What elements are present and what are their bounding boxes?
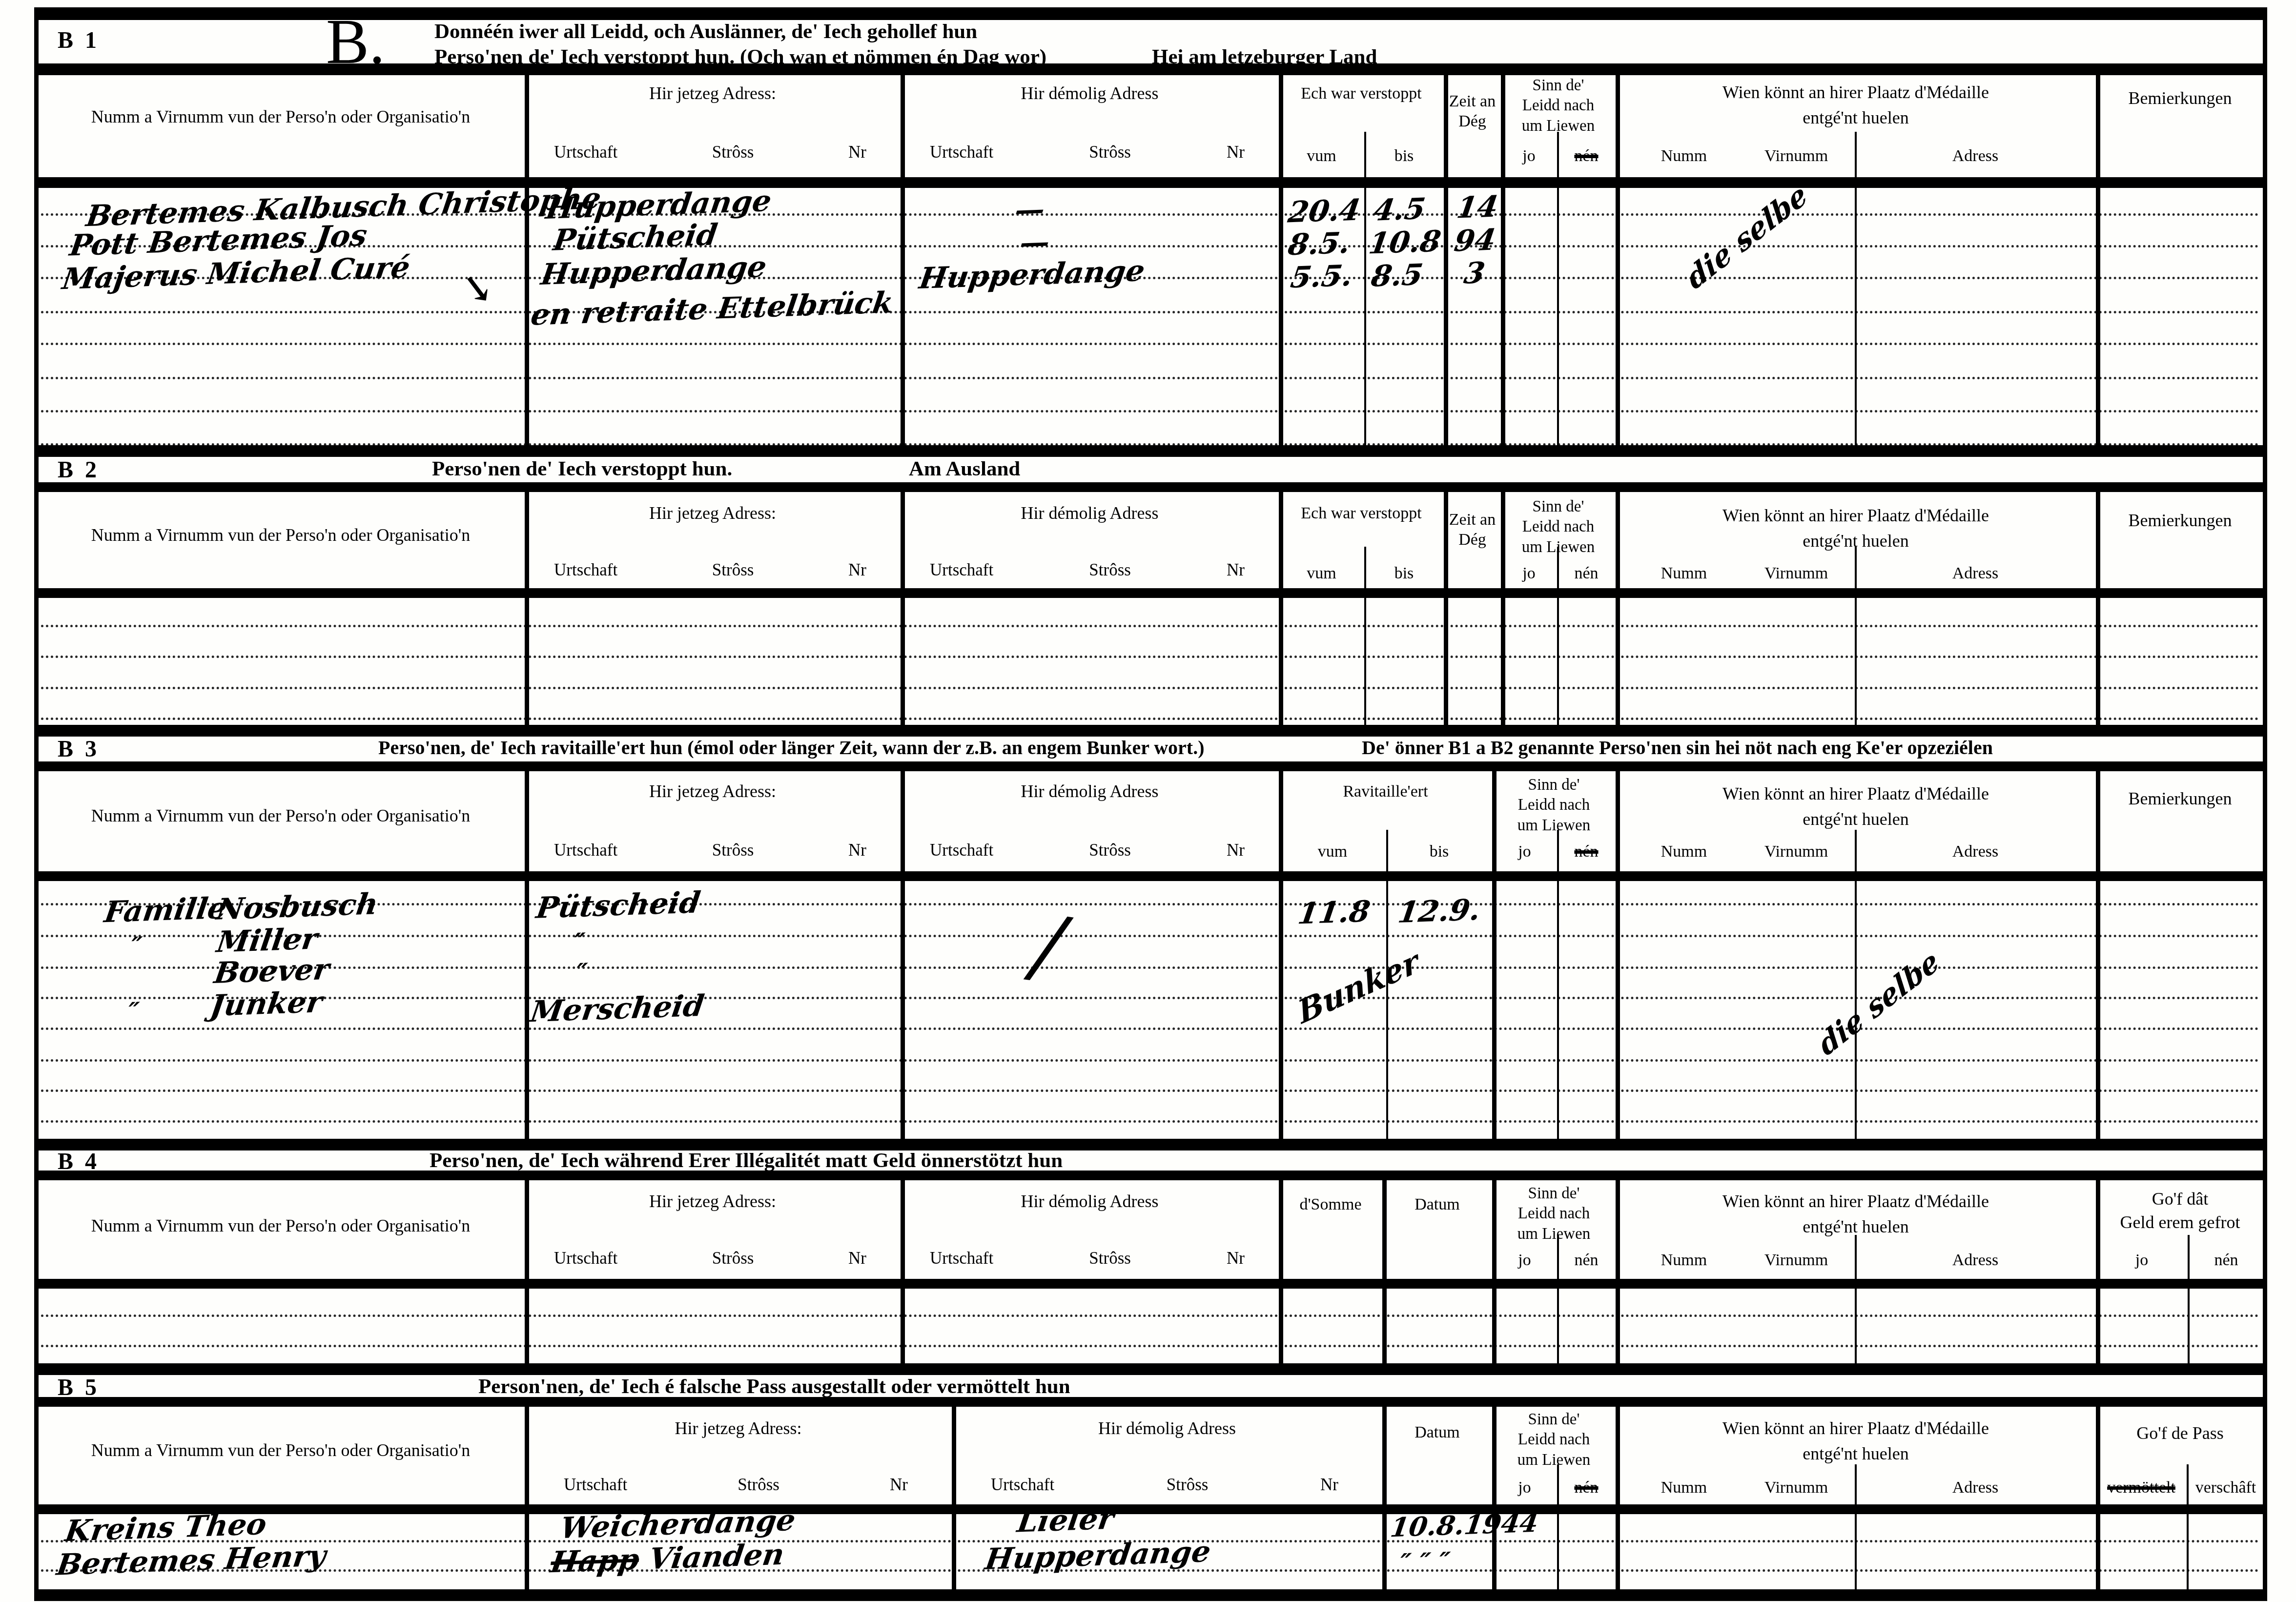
b3-row1-prefix: Famille xyxy=(102,891,229,930)
b1-col-divider xyxy=(901,73,905,445)
numm-label: Numm xyxy=(1625,1478,1742,1498)
b2-col-demolig: Hir démolig Adress xyxy=(901,503,1279,524)
virnumm-label: Virnumm xyxy=(1738,842,1855,862)
nen-label-struck: nén xyxy=(1557,842,1616,862)
nen-label: nén xyxy=(2188,1251,2265,1271)
b3-row3-jetzeg: ″ xyxy=(574,958,589,987)
dotted-rule xyxy=(41,1089,2260,1092)
section-b2-label: B 2 xyxy=(58,456,100,483)
b5-col-wien2: entgé'nt huelen xyxy=(1616,1443,2096,1464)
dotted-rule xyxy=(41,1120,2260,1123)
numm-label: Numm xyxy=(1625,564,1742,584)
b1-col-divider xyxy=(2096,73,2100,445)
adress-label: Adress xyxy=(1855,146,2096,166)
stross-label: Strôss xyxy=(712,560,754,580)
b4-col-demolig: Hir démolig Adress xyxy=(901,1191,1279,1212)
b5-col-wien1: Wien könnt an hirer Plaatz d'Médaille xyxy=(1616,1418,2096,1439)
b3-header-underline xyxy=(34,871,2267,881)
b3-col-divider xyxy=(2096,771,2100,1139)
scanned-form-sheet: B 1 B. Donnéén iwer all Leidd, och Auslä… xyxy=(0,0,2296,1602)
b1-title-underline xyxy=(34,63,2267,75)
urtschaft-label: Urtschaft xyxy=(564,1475,627,1495)
bis-label: bis xyxy=(1386,842,1492,862)
b1-col-bem: Bemierkungen xyxy=(2096,88,2264,109)
b2-title-underline xyxy=(34,482,2267,492)
adress-label: Adress xyxy=(1855,1251,2096,1271)
b2-col-demolig-sub: Urtschaft Strôss Nr xyxy=(901,560,1279,580)
nr-label: Nr xyxy=(1227,560,1245,580)
stross-label: Strôss xyxy=(738,1475,779,1495)
b3-col-demolig-sub: Urtschaft Strôss Nr xyxy=(901,841,1279,860)
b1-row2-jetzeg: Pütscheid xyxy=(551,218,719,258)
jo-label: jo xyxy=(1492,1478,1557,1498)
b5-title: Person'nen, de' Iech é falsche Pass ausg… xyxy=(478,1375,1070,1398)
sinn-line2: Leidd nach xyxy=(1501,517,1616,537)
sinn-line3: um Liewen xyxy=(1501,116,1616,136)
nr-label: Nr xyxy=(848,143,866,162)
b4-col-jetzeg-sub: Urtschaft Strôss Nr xyxy=(525,1249,901,1268)
b1-col-verstoppt: Ech war verstoppt xyxy=(1279,84,1444,104)
b3-col-ravit: Ravitaille'ert xyxy=(1279,782,1492,802)
b3-col-divider xyxy=(1279,771,1283,1139)
vum-label: vum xyxy=(1279,842,1386,862)
jo-label: jo xyxy=(1492,1251,1557,1271)
b1-row1-deg: 14 xyxy=(1455,190,1500,226)
b1-col-demolig-sub: Urtschaft Strôss Nr xyxy=(901,143,1279,162)
b1-col-wien1: Wien könnt an hirer Plaatz d'Médaille xyxy=(1616,82,2096,103)
b1-row3-jetzeg: Hupperdange xyxy=(539,250,769,292)
b3-row4-name: Junker xyxy=(208,985,324,1023)
b1-row3-demolig: Hupperdange xyxy=(917,254,1147,296)
urtschaft-label: Urtschaft xyxy=(930,841,993,860)
nr-label: Nr xyxy=(890,1475,908,1495)
b2-col-zeit: Zeit an Dég xyxy=(1444,510,1501,550)
b4-col-jetzeg: Hir jetzeg Adress: xyxy=(525,1191,901,1212)
b2-col-jetzeg: Hir jetzeg Adress: xyxy=(525,503,901,524)
adress-label: Adress xyxy=(1855,564,2096,584)
b3-bunker-note: Bunker xyxy=(1294,943,1422,1031)
b2-header-underline xyxy=(34,588,2267,598)
b4-col-datum: Datum xyxy=(1382,1195,1492,1215)
stross-label: Strôss xyxy=(1167,1475,1209,1495)
b1-row2-deg: 94 xyxy=(1452,223,1498,259)
dotted-rule xyxy=(41,1059,2260,1062)
stross-label: Strôss xyxy=(712,841,754,860)
b3-col-divider xyxy=(525,771,529,1139)
b2-col-wien1: Wien könnt an hirer Plaatz d'Médaille xyxy=(1616,505,2096,526)
b4-header-underline xyxy=(34,1279,2267,1289)
b3-vum: 11.8 xyxy=(1296,894,1373,931)
sinn-line2: Leidd nach xyxy=(1492,795,1616,815)
b1-row2-demolig: — xyxy=(1018,225,1052,260)
b5-row2-jetzeg-place: Vianden xyxy=(647,1538,786,1577)
sinn-line3: um Liewen xyxy=(1501,537,1616,557)
urtschaft-label: Urtschaft xyxy=(554,841,617,860)
b3-col-sinn: Sinn de' Leidd nach um Liewen xyxy=(1492,775,1616,836)
frame-bottom xyxy=(34,1589,2267,1601)
b2-col-sinn: Sinn de' Leidd nach um Liewen xyxy=(1501,497,1616,557)
nr-label: Nr xyxy=(1320,1475,1338,1495)
b5-col-name: Numm a Virnumm vun der Perso'n oder Orga… xyxy=(37,1440,525,1461)
adress-label: Adress xyxy=(1855,1478,2096,1498)
b3-demolig-slash: / xyxy=(1028,897,1069,996)
vum-label: vum xyxy=(1279,146,1364,166)
b2-col-divider xyxy=(1616,492,1620,725)
b3-col-jetzeg: Hir jetzeg Adress: xyxy=(525,781,901,802)
b3-col-wien1: Wien könnt an hirer Plaatz d'Médaille xyxy=(1616,783,2096,804)
virnumm-label: Virnumm xyxy=(1738,1478,1855,1498)
nen-label-struck: nén xyxy=(1557,1478,1616,1498)
b2-col-verstoppt: Ech war verstoppt xyxy=(1279,504,1444,524)
urtschaft-label: Urtschaft xyxy=(554,143,617,162)
nr-label: Nr xyxy=(1227,841,1245,860)
section-b3-label: B 3 xyxy=(58,736,100,762)
sinn-line1: Sinn de' xyxy=(1501,497,1616,517)
b1-row3-jetzeg-note: en retraite Ettelbrück xyxy=(529,286,896,332)
urtschaft-label: Urtschaft xyxy=(930,560,993,580)
b1-row1-bis: 4.5 xyxy=(1372,192,1428,228)
urtschaft-label: Urtschaft xyxy=(554,560,617,580)
sinn-line1: Sinn de' xyxy=(1492,1184,1616,1204)
b4-col-name: Numm a Virnumm vun der Perso'n oder Orga… xyxy=(37,1215,525,1236)
dotted-rule xyxy=(41,311,2260,313)
b4-col-wien2: entgé'nt huelen xyxy=(1616,1216,2096,1237)
b3-col-name: Numm a Virnumm vun der Perso'n oder Orga… xyxy=(37,805,525,826)
b3-col-bem: Bemierkungen xyxy=(2096,788,2264,809)
b1-row3-vum: 5.5. xyxy=(1289,259,1355,295)
b2-col-name: Numm a Virnumm vun der Perso'n oder Orga… xyxy=(37,525,525,546)
stross-label: Strôss xyxy=(712,143,754,162)
dotted-rule xyxy=(41,687,2260,689)
jo-label: jo xyxy=(1492,842,1557,862)
b5-row1-demolig: Lieler xyxy=(1015,1502,1116,1540)
nr-label: Nr xyxy=(848,560,866,580)
b1-row2-vum: 8.5. xyxy=(1286,226,1353,262)
virnumm-label: Virnumm xyxy=(1738,146,1855,166)
b2-col-wien2: entgé'nt huelen xyxy=(1616,531,2096,552)
sinn-line1: Sinn de' xyxy=(1492,775,1616,795)
sinn-line1: Sinn de' xyxy=(1501,76,1616,96)
b3-row3-name: Boever xyxy=(212,952,331,990)
b3-col-wien2: entgé'nt huelen xyxy=(1616,809,2096,830)
b4-top-bar xyxy=(34,1139,2267,1150)
sinn-line3: um Liewen xyxy=(1492,816,1616,836)
b4-col-wien1: Wien könnt an hirer Plaatz d'Médaille xyxy=(1616,1191,2096,1212)
b1-row3-bis: 8.5 xyxy=(1369,258,1425,294)
b5-col-jetzeg-sub: Urtschaft Strôss Nr xyxy=(525,1475,952,1495)
b2-col-divider xyxy=(1279,492,1283,725)
sinn-line2: Leidd nach xyxy=(1501,96,1616,116)
stross-label: Strôss xyxy=(1089,1249,1131,1268)
numm-label: Numm xyxy=(1625,1251,1742,1271)
dotted-rule xyxy=(41,245,2260,247)
b2-title: Perso'nen de' Iech verstoppt hun. xyxy=(432,457,732,481)
b5-col-demolig-sub: Urtschaft Strôss Nr xyxy=(952,1475,1382,1495)
b1-col-zeit: Zeit an Dég xyxy=(1444,92,1501,132)
stross-label: Strôss xyxy=(1089,841,1131,860)
adress-label: Adress xyxy=(1855,842,2096,862)
b1-row1-demolig: — xyxy=(1013,192,1047,227)
b3-row4-jetzeg: Merscheid xyxy=(528,989,706,1029)
b4-col-sinn: Sinn de' Leidd nach um Liewen xyxy=(1492,1184,1616,1244)
urtschaft-label: Urtschaft xyxy=(554,1249,617,1268)
vum-label: vum xyxy=(1279,564,1364,584)
nr-label: Nr xyxy=(848,841,866,860)
stross-label: Strôss xyxy=(1089,143,1131,162)
dotted-rule xyxy=(41,377,2260,379)
b4-col-demolig-sub: Urtschaft Strôss Nr xyxy=(901,1249,1279,1268)
urtschaft-label: Urtschaft xyxy=(930,143,993,162)
b5-col-gof: Go'f de Pass xyxy=(2096,1423,2264,1444)
bis-label: bis xyxy=(1364,564,1444,584)
b5-header-underline xyxy=(34,1504,2267,1514)
verschaft-label: verschâft xyxy=(2187,1478,2265,1498)
sinn-line1: Sinn de' xyxy=(1492,1410,1616,1430)
b1-row3-deg: 3 xyxy=(1462,256,1487,290)
urtschaft-label: Urtschaft xyxy=(930,1249,993,1268)
b1-title-line1: Donnéén iwer all Leidd, och Auslänner, d… xyxy=(434,20,977,43)
b3-row2-jetzeg: ″ xyxy=(572,927,587,957)
nr-label: Nr xyxy=(1227,143,1245,162)
b3-row1-name: Nosbusch xyxy=(214,887,380,926)
b2-title-right: Am Ausland xyxy=(909,457,1020,481)
b1-col-wien2: entgé'nt huelen xyxy=(1616,107,2096,128)
dotted-rule xyxy=(41,997,2260,999)
b5-row2-datum: ″ ″ ″ xyxy=(1398,1546,1452,1577)
b3-col-divider xyxy=(901,771,905,1139)
b5-title-underline xyxy=(34,1397,2267,1407)
b5-col-datum: Datum xyxy=(1382,1423,1492,1443)
virnumm-label: Virnumm xyxy=(1738,564,1855,584)
nr-label: Nr xyxy=(1227,1249,1245,1268)
dotted-rule xyxy=(41,1345,2260,1347)
b3-title: Perso'nen, de' Iech ravitaille'ert hun (… xyxy=(378,736,1204,759)
stross-label: Strôss xyxy=(1089,560,1131,580)
b5-row1-datum: 10.8.1944 xyxy=(1389,1507,1540,1543)
b3-row4-prefix: ″ xyxy=(126,997,141,1026)
sinn-line3: um Liewen xyxy=(1492,1450,1616,1470)
b1-col-divider xyxy=(1279,73,1283,445)
numm-label: Numm xyxy=(1625,146,1742,166)
b4-col-gof1: Go'f dât xyxy=(2096,1189,2264,1210)
b1-col-divider xyxy=(1616,73,1620,445)
b1-arrow-mark: ↘ xyxy=(458,264,496,312)
b2-col-divider xyxy=(525,492,529,725)
sinn-line2: Leidd nach xyxy=(1492,1204,1616,1224)
nen-label-struck: nén xyxy=(1557,146,1616,166)
b4-title-underline xyxy=(34,1171,2267,1180)
b3-title2: De' önner B1 a B2 genannte Perso'nen sin… xyxy=(1362,736,1993,759)
b5-top-bar xyxy=(34,1363,2267,1375)
b3-top-bar xyxy=(34,725,2267,737)
b3-col-jetzeg-sub: Urtschaft Strôss Nr xyxy=(525,841,901,860)
b2-top-bar xyxy=(34,445,2267,457)
b2-col-jetzeg-sub: Urtschaft Strôss Nr xyxy=(525,560,901,580)
b3-col-demolig: Hir démolig Adress xyxy=(901,781,1279,802)
dotted-rule xyxy=(41,410,2260,412)
dotted-rule xyxy=(41,1027,2260,1030)
b2-col-bem: Bemierkungen xyxy=(2096,510,2264,531)
b1-col-jetzeg-sub: Urtschaft Strôss Nr xyxy=(525,143,901,162)
vermottelt-label-struck: vermöttelt xyxy=(2096,1478,2187,1498)
dotted-rule xyxy=(41,343,2260,345)
frame-left xyxy=(34,7,39,1601)
dotted-rule xyxy=(41,656,2260,658)
b1-col-demolig: Hir démolig Adress xyxy=(901,83,1279,104)
section-b1-label: B 1 xyxy=(58,27,100,54)
b1-row1-vum: 20.4 xyxy=(1286,193,1363,229)
virnumm-label: Virnumm xyxy=(1738,1251,1855,1271)
b1-col-jetzeg: Hir jetzeg Adress: xyxy=(525,83,901,104)
bis-label: bis xyxy=(1364,146,1444,166)
b4-col-somme: d'Somme xyxy=(1279,1195,1382,1215)
b3-title-underline xyxy=(34,761,2267,771)
b2-col-divider xyxy=(901,492,905,725)
b3-wien-note: die selbe xyxy=(1813,943,1945,1064)
nen-label: nén xyxy=(1557,1251,1616,1271)
nr-label: Nr xyxy=(848,1249,866,1268)
dotted-rule xyxy=(41,625,2260,627)
b5-col-demolig: Hir démolig Adress xyxy=(952,1418,1382,1439)
dotted-rule xyxy=(41,935,2260,937)
numm-label: Numm xyxy=(1625,842,1742,862)
jo-label: jo xyxy=(2096,1251,2188,1271)
jo-label: jo xyxy=(1501,564,1557,584)
b1-header-underline xyxy=(34,177,2267,188)
b5-col-sinn: Sinn de' Leidd nach um Liewen xyxy=(1492,1410,1616,1470)
sinn-line2: Leidd nach xyxy=(1492,1430,1616,1450)
urtschaft-label: Urtschaft xyxy=(991,1475,1054,1495)
b1-col-name: Numm a Virnumm vun der Perso'n oder Orga… xyxy=(37,106,525,127)
jo-label: jo xyxy=(1501,146,1557,166)
b1-row2-bis: 10.8 xyxy=(1367,224,1443,261)
b3-bis: 12.9. xyxy=(1396,893,1483,930)
b1-col-sinn: Sinn de' Leidd nach um Liewen xyxy=(1501,76,1616,136)
b1-col-divider xyxy=(525,73,529,445)
dotted-rule xyxy=(41,718,2260,720)
b4-col-gof2: Geld erem gefrot xyxy=(2096,1212,2264,1233)
b5-row2-jetzeg-struck: Happ xyxy=(549,1542,641,1580)
b5-col-jetzeg: Hir jetzeg Adress: xyxy=(525,1418,952,1439)
b4-title: Perso'nen, de' Iech während Erer Illégal… xyxy=(430,1149,1063,1172)
nen-label: nén xyxy=(1557,564,1616,584)
dotted-rule xyxy=(41,1314,2260,1317)
stross-label: Strôss xyxy=(712,1249,754,1268)
sinn-line3: um Liewen xyxy=(1492,1224,1616,1244)
b3-row1-jetzeg: Pütscheid xyxy=(534,885,702,925)
